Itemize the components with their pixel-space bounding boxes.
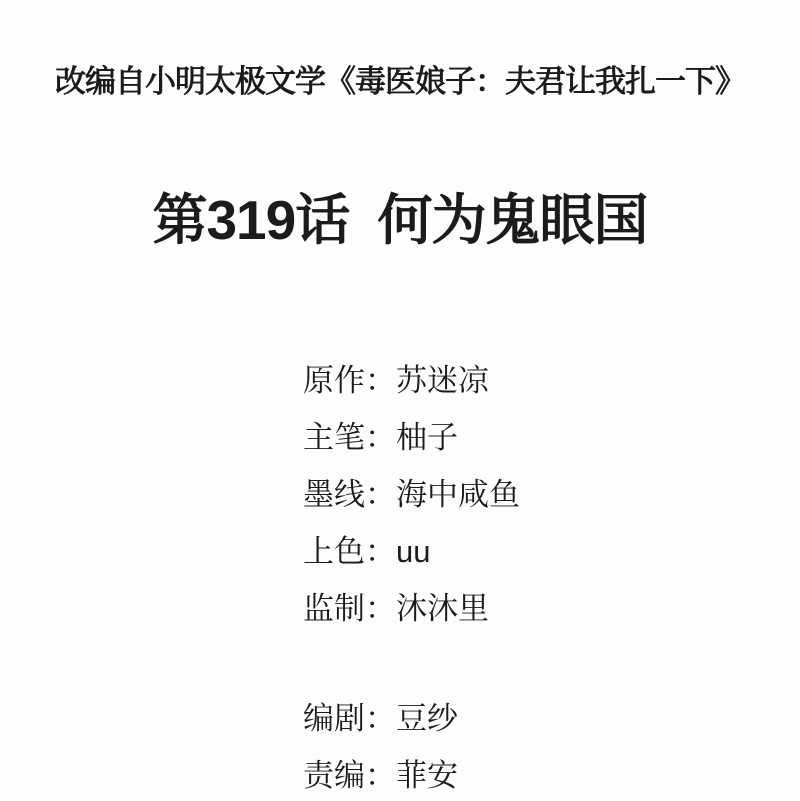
credit-line-original-author: 原作：苏迷凉 <box>303 352 520 409</box>
credit-colon: ： <box>365 591 396 626</box>
credits-list: 原作：苏迷凉 主笔：柚子 墨线：海中咸鱼 上色：uu 监制：沐沐里 编剧：豆纱 … <box>303 352 520 801</box>
adaptation-source-note: 改编自小明太极文学《毒医娘子：夫君让我扎一下》 <box>0 64 800 100</box>
credit-line-screenwriter: 编剧：豆纱 <box>303 690 520 747</box>
credit-name: 菲安 <box>396 758 458 793</box>
credits-editorial-group: 编剧：豆纱 责编：菲安 <box>303 690 520 801</box>
credit-colon: ： <box>365 534 396 569</box>
credit-role: 原作 <box>303 363 365 398</box>
credit-colon: ： <box>365 363 396 398</box>
credit-line-editor: 责编：菲安 <box>303 747 520 801</box>
credit-line-lead-artist: 主笔：柚子 <box>303 409 520 466</box>
credit-line-coloring: 上色：uu <box>303 523 520 580</box>
credit-colon: ： <box>365 758 396 793</box>
credit-name: 柚子 <box>396 420 458 455</box>
credit-name: 苏迷凉 <box>396 363 489 398</box>
credits-main-group: 原作：苏迷凉 主笔：柚子 墨线：海中咸鱼 上色：uu 监制：沐沐里 <box>303 352 520 637</box>
credit-name: uu <box>396 534 430 569</box>
credit-line-supervisor: 监制：沐沐里 <box>303 580 520 637</box>
credit-name: 沐沐里 <box>396 591 489 626</box>
credit-colon: ： <box>365 477 396 512</box>
credit-name: 豆纱 <box>396 701 458 736</box>
comic-title-page: 改编自小明太极文学《毒医娘子：夫君让我扎一下》 第319话 何为鬼眼国 原作：苏… <box>0 0 800 801</box>
credit-role: 编剧 <box>303 701 365 736</box>
credit-role: 监制 <box>303 591 365 626</box>
credit-line-inking: 墨线：海中咸鱼 <box>303 466 520 523</box>
credit-role: 主笔 <box>303 420 365 455</box>
credit-colon: ： <box>365 420 396 455</box>
credit-colon: ： <box>365 701 396 736</box>
chapter-title: 第319话 何为鬼眼国 <box>0 190 800 250</box>
credit-role: 墨线 <box>303 477 365 512</box>
credit-role: 责编 <box>303 758 365 793</box>
credit-name: 海中咸鱼 <box>396 477 520 512</box>
credit-role: 上色 <box>303 534 365 569</box>
